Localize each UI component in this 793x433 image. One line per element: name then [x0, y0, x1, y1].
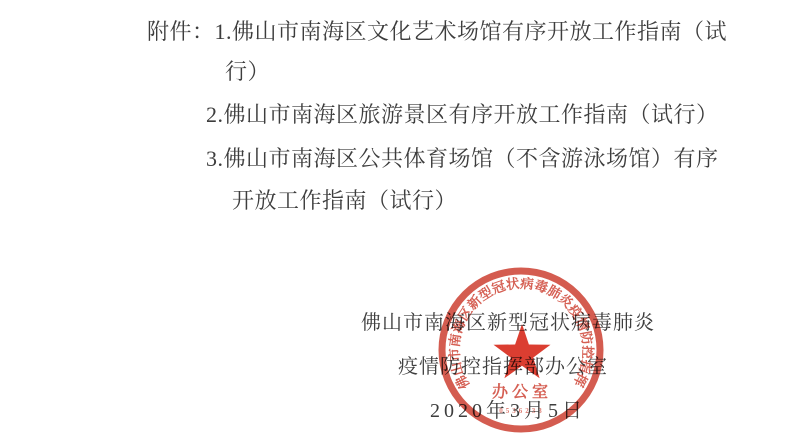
official-seal: 佛山市南海区新型冠状病毒肺炎疫情防控指挥部 办公室 0536233 — [436, 266, 608, 433]
attachment-line-1: 附件：1.佛山市南海区文化艺术场馆有序开放工作指南（试 — [147, 18, 727, 46]
attachment-line-4: 3.佛山市南海区公共体育场馆（不含游泳场馆）有序 — [206, 145, 719, 173]
attachment-line-2: 行） — [225, 58, 270, 86]
document-page: 附件：1.佛山市南海区文化艺术场馆有序开放工作指南（试 行） 2.佛山市南海区旅… — [0, 0, 793, 433]
seal-star-icon — [494, 324, 551, 378]
seal-ring-text: 佛山市南海区新型冠状病毒肺炎疫情防控指挥部 — [436, 266, 596, 392]
seal-serial: 0536233 — [499, 407, 545, 415]
seal-bottom-text: 办公室 — [492, 382, 552, 401]
attachment-line-5: 开放工作指南（试行） — [232, 187, 457, 215]
attachment-line-3: 2.佛山市南海区旅游景区有序开放工作指南（试行） — [206, 101, 719, 129]
